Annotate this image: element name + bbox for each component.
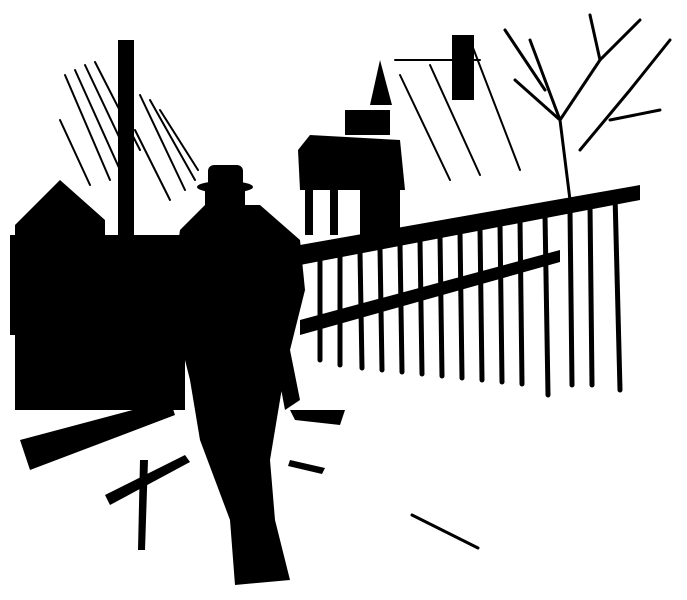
bare-tree bbox=[505, 15, 670, 200]
central-house bbox=[298, 60, 405, 240]
roof-lines bbox=[395, 35, 520, 180]
utility-pole bbox=[118, 40, 134, 410]
picket-fence bbox=[300, 185, 640, 395]
walking-man bbox=[170, 165, 305, 585]
left-house bbox=[10, 180, 190, 410]
ink-illustration bbox=[0, 0, 687, 600]
